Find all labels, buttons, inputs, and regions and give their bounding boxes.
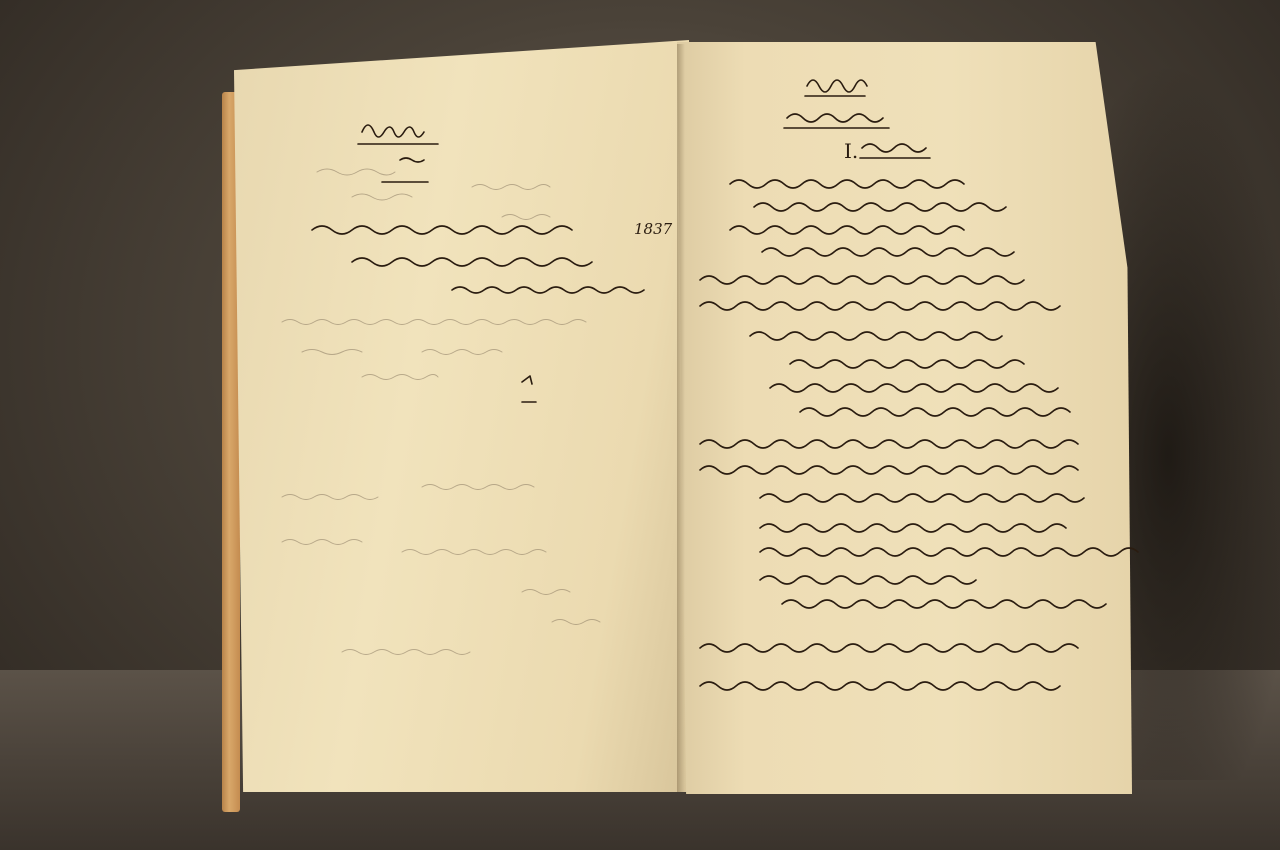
section-numeral: I. [844,139,858,163]
ink-lines-right [700,80,1138,690]
handwriting-ink: 1837 [222,32,1132,792]
ink-lines-left [312,125,644,402]
open-manuscript-book: 1837 [222,32,1132,792]
faint-notes-left [282,169,600,655]
year-1837: 1837 [634,220,673,238]
